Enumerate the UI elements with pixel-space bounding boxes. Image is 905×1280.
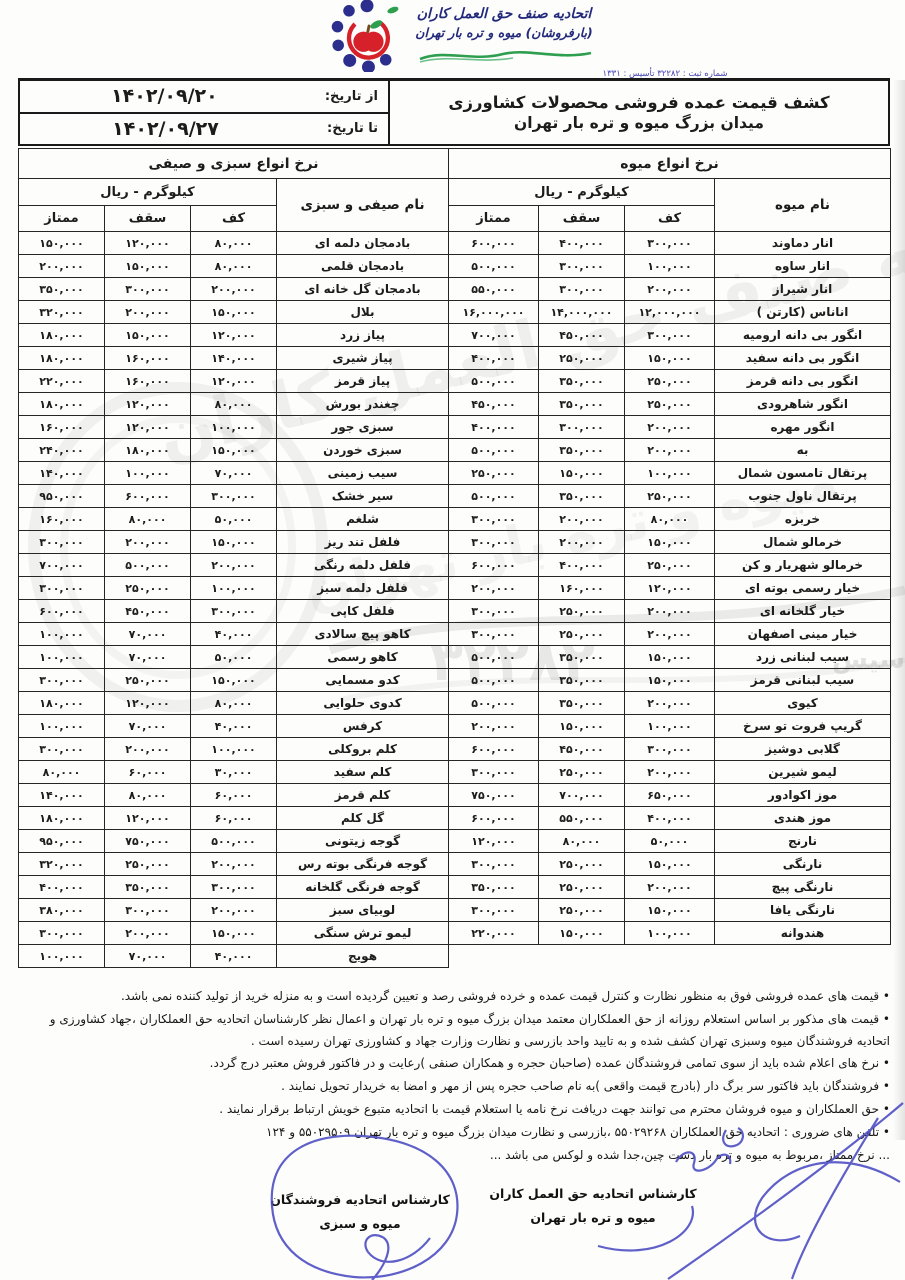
floor-price: ۳۰۰,۰۰۰: [191, 876, 277, 899]
from-date-value: ۱۴۰۲/۰۹/۲۰: [30, 85, 299, 107]
table-row: نارنگی۱۵۰,۰۰۰۲۵۰,۰۰۰۳۰۰,۰۰۰: [449, 853, 891, 876]
premium-price: ۳۰۰,۰۰۰: [19, 669, 105, 692]
table-row: شلغم۵۰,۰۰۰۸۰,۰۰۰۱۶۰,۰۰۰: [19, 508, 449, 531]
premium-price: ۵۰۰,۰۰۰: [449, 255, 539, 278]
table-row: لیمو ترش سنگی۱۵۰,۰۰۰۲۰۰,۰۰۰۳۰۰,۰۰۰: [19, 922, 449, 945]
date-range-box: از تاریخ: ۱۴۰۲/۰۹/۲۰ تا تاریخ: ۱۴۰۲/۰۹/۲…: [20, 81, 388, 144]
table-row: سیر خشک۳۰۰,۰۰۰۶۰۰,۰۰۰۹۵۰,۰۰۰: [19, 485, 449, 508]
item-name: خیار گلخانه ای: [715, 600, 891, 623]
item-name: گوجه زیتونی: [277, 830, 449, 853]
note-line: • تلفن های ضروری : اتحادیه حق العملکاران…: [20, 1122, 890, 1144]
floor-price: ۱۵۰,۰۰۰: [191, 922, 277, 945]
ceiling-price: ۲۰۰,۰۰۰: [105, 531, 191, 554]
premium-price: ۵۰۰,۰۰۰: [449, 692, 539, 715]
table-row: انار ساوه۱۰۰,۰۰۰۳۰۰,۰۰۰۵۰۰,۰۰۰: [449, 255, 891, 278]
table-row: سیب لبنانی زرد۱۵۰,۰۰۰۳۵۰,۰۰۰۵۰۰,۰۰۰: [449, 646, 891, 669]
ceiling-price: ۷۰,۰۰۰: [105, 623, 191, 646]
table-row: بادمجان قلمی۸۰,۰۰۰۱۵۰,۰۰۰۲۰۰,۰۰۰: [19, 255, 449, 278]
ceiling-price: ۱۴,۰۰۰,۰۰۰: [539, 301, 625, 324]
premium-price: ۲۴۰,۰۰۰: [19, 439, 105, 462]
premium-price: ۶۰۰,۰۰۰: [449, 232, 539, 255]
item-name: خرمالو شهریار و کن: [715, 554, 891, 577]
floor-price: ۲۰۰,۰۰۰: [191, 554, 277, 577]
signature-left-title: کارشناس اتحادیه فروشندگان: [245, 1192, 475, 1207]
premium-price: ۴۰۰,۰۰۰: [449, 347, 539, 370]
premium-price: ۴۰۰,۰۰۰: [19, 876, 105, 899]
ceiling-price: ۳۵۰,۰۰۰: [105, 876, 191, 899]
table-row: بادمجان گل خانه ای۲۰۰,۰۰۰۳۰۰,۰۰۰۳۵۰,۰۰۰: [19, 278, 449, 301]
premium-price: ۳۰۰,۰۰۰: [449, 761, 539, 784]
premium-price: ۱۲۰,۰۰۰: [449, 830, 539, 853]
item-name: انگور بی دانه ارومیه: [715, 324, 891, 347]
table-row: فلفل دلمه سبز۱۰۰,۰۰۰۲۵۰,۰۰۰۳۰۰,۰۰۰: [19, 577, 449, 600]
premium-price: ۴۰۰,۰۰۰: [449, 416, 539, 439]
union-name-line1: اتحادیه صنف حق العمل کاران: [404, 6, 604, 22]
fruit-col-floor: کف: [625, 206, 715, 232]
table-row: بلال۱۵۰,۰۰۰۲۰۰,۰۰۰۳۲۰,۰۰۰: [19, 301, 449, 324]
item-name: فلفل تند ریز: [277, 531, 449, 554]
ceiling-price: ۷۰۰,۰۰۰: [539, 784, 625, 807]
floor-price: ۸۰,۰۰۰: [191, 393, 277, 416]
floor-price: ۲۰۰,۰۰۰: [625, 692, 715, 715]
signature-block-left: کارشناس اتحادیه فروشندگان میوه و سبزی: [245, 1192, 475, 1231]
veg-section-title: نرخ انواع سبزی و صیفی: [19, 149, 449, 179]
ceiling-price: ۱۰۰,۰۰۰: [105, 462, 191, 485]
fruit-col-ceiling: سقف: [539, 206, 625, 232]
table-row: گلابی دوشیز۳۰۰,۰۰۰۴۵۰,۰۰۰۶۰۰,۰۰۰: [449, 738, 891, 761]
premium-price: ۳۰۰,۰۰۰: [449, 600, 539, 623]
premium-price: ۲۰۰,۰۰۰: [449, 715, 539, 738]
floor-price: ۱۰۰,۰۰۰: [625, 462, 715, 485]
ceiling-price: ۵۰۰,۰۰۰: [105, 554, 191, 577]
floor-price: ۱۲۰,۰۰۰: [191, 370, 277, 393]
premium-price: ۳۰۰,۰۰۰: [449, 508, 539, 531]
premium-price: ۵۰۰,۰۰۰: [449, 370, 539, 393]
item-name: انگور مهره: [715, 416, 891, 439]
item-name: بلال: [277, 301, 449, 324]
table-row: کلم قرمز۶۰,۰۰۰۸۰,۰۰۰۱۴۰,۰۰۰: [19, 784, 449, 807]
floor-price: ۵۰,۰۰۰: [191, 646, 277, 669]
premium-price: ۳۰۰,۰۰۰: [19, 531, 105, 554]
ceiling-price: ۸۰,۰۰۰: [539, 830, 625, 853]
table-row: کاهو رسمی۵۰,۰۰۰۷۰,۰۰۰۱۰۰,۰۰۰: [19, 646, 449, 669]
item-name: پرتقال تامسون شمال: [715, 462, 891, 485]
union-name-line2: (بارفروشان) میوه و تره بار تهران: [404, 25, 604, 40]
item-name: انگور شاهرودی: [715, 393, 891, 416]
item-name: خیار مینی اصفهان: [715, 623, 891, 646]
floor-price: ۵۰۰,۰۰۰: [191, 830, 277, 853]
table-row: سبزی جور۱۰۰,۰۰۰۱۲۰,۰۰۰۱۶۰,۰۰۰: [19, 416, 449, 439]
fruit-col-premium: ممتاز: [449, 206, 539, 232]
floor-price: ۸۰,۰۰۰: [625, 508, 715, 531]
note-line: • نرخ های اعلام شده باید از سوی تمامی فر…: [20, 1053, 890, 1075]
table-row: پیاز قرمز۱۲۰,۰۰۰۱۶۰,۰۰۰۲۲۰,۰۰۰: [19, 370, 449, 393]
floor-price: ۲۵۰,۰۰۰: [625, 485, 715, 508]
item-name: سیب زمینی: [277, 462, 449, 485]
ceiling-price: ۳۰۰,۰۰۰: [105, 899, 191, 922]
ceiling-price: ۱۵۰,۰۰۰: [105, 324, 191, 347]
floor-price: ۱۵۰,۰۰۰: [191, 301, 277, 324]
floor-price: ۴۰,۰۰۰: [191, 945, 277, 968]
table-row: خرمالو شهریار و کن۲۵۰,۰۰۰۴۰۰,۰۰۰۶۰۰,۰۰۰: [449, 554, 891, 577]
item-name: کاهو رسمی: [277, 646, 449, 669]
table-row: خیار رسمی بوته ای۱۲۰,۰۰۰۱۶۰,۰۰۰۲۰۰,۰۰۰: [449, 577, 891, 600]
table-row: موز اکوادور۶۵۰,۰۰۰۷۰۰,۰۰۰۷۵۰,۰۰۰: [449, 784, 891, 807]
ceiling-price: ۴۰۰,۰۰۰: [539, 554, 625, 577]
item-name: خیار رسمی بوته ای: [715, 577, 891, 600]
fruit-name-header: نام میوه: [715, 179, 891, 232]
premium-price: ۵۰۰,۰۰۰: [449, 485, 539, 508]
premium-price: ۶۰۰,۰۰۰: [449, 554, 539, 577]
item-name: کلم قرمز: [277, 784, 449, 807]
floor-price: ۱۵۰,۰۰۰: [625, 531, 715, 554]
floor-price: ۴۰۰,۰۰۰: [625, 807, 715, 830]
table-row: انار دماوند۳۰۰,۰۰۰۴۰۰,۰۰۰۶۰۰,۰۰۰: [449, 232, 891, 255]
floor-price: ۲۰۰,۰۰۰: [625, 439, 715, 462]
item-name: فلفل دلمه سبز: [277, 577, 449, 600]
item-name: فلفل دلمه رنگی: [277, 554, 449, 577]
floor-price: ۱۵۰,۰۰۰: [191, 669, 277, 692]
scan-edge-shadow: [893, 80, 905, 1140]
ceiling-price: ۲۰۰,۰۰۰: [539, 508, 625, 531]
item-name: سیب لبنانی زرد: [715, 646, 891, 669]
item-name: گریپ فروت تو سرخ: [715, 715, 891, 738]
item-name: گل کلم: [277, 807, 449, 830]
item-name: انار دماوند: [715, 232, 891, 255]
ceiling-price: ۱۶۰,۰۰۰: [539, 577, 625, 600]
floor-price: ۵۰,۰۰۰: [191, 508, 277, 531]
item-name: سیر خشک: [277, 485, 449, 508]
item-name: نارنگی: [715, 853, 891, 876]
table-row: سیب زمینی۷۰,۰۰۰۱۰۰,۰۰۰۱۴۰,۰۰۰: [19, 462, 449, 485]
floor-price: ۳۰۰,۰۰۰: [191, 485, 277, 508]
table-row: اناناس (کارتن )۱۲,۰۰۰,۰۰۰۱۴,۰۰۰,۰۰۰۱۶,۰۰…: [449, 301, 891, 324]
table-row: کاهو پیچ سالادی۴۰,۰۰۰۷۰,۰۰۰۱۰۰,۰۰۰: [19, 623, 449, 646]
union-emblem-icon: [330, 0, 404, 72]
item-name: بادمجان گل خانه ای: [277, 278, 449, 301]
item-name: انگور بی دانه قرمز: [715, 370, 891, 393]
premium-price: ۱۵۰,۰۰۰: [19, 232, 105, 255]
ceiling-price: ۴۵۰,۰۰۰: [539, 324, 625, 347]
table-row: انگور شاهرودی۲۵۰,۰۰۰۳۵۰,۰۰۰۴۵۰,۰۰۰: [449, 393, 891, 416]
ceiling-price: ۲۵۰,۰۰۰: [105, 853, 191, 876]
item-name: پیاز قرمز: [277, 370, 449, 393]
premium-price: ۱۸۰,۰۰۰: [19, 807, 105, 830]
premium-price: ۱۰۰,۰۰۰: [19, 715, 105, 738]
ceiling-price: ۳۵۰,۰۰۰: [539, 485, 625, 508]
ceiling-price: ۷۰,۰۰۰: [105, 715, 191, 738]
ceiling-price: ۲۵۰,۰۰۰: [539, 600, 625, 623]
premium-price: ۶۰۰,۰۰۰: [449, 738, 539, 761]
table-row: گوجه زیتونی۵۰۰,۰۰۰۷۵۰,۰۰۰۹۵۰,۰۰۰: [19, 830, 449, 853]
ceiling-price: ۳۰۰,۰۰۰: [539, 255, 625, 278]
premium-price: ۳۵۰,۰۰۰: [19, 278, 105, 301]
table-row: کیوی۲۰۰,۰۰۰۳۵۰,۰۰۰۵۰۰,۰۰۰: [449, 692, 891, 715]
table-row: هویج۴۰,۰۰۰۷۰,۰۰۰۱۰۰,۰۰۰: [19, 945, 449, 968]
ceiling-price: ۳۵۰,۰۰۰: [539, 393, 625, 416]
premium-price: ۲۰۰,۰۰۰: [449, 577, 539, 600]
item-name: شلغم: [277, 508, 449, 531]
floor-price: ۱۵۰,۰۰۰: [625, 646, 715, 669]
premium-price: ۳۰۰,۰۰۰: [19, 577, 105, 600]
note-line: • قیمت های عمده فروشی فوق به منظور نظارت…: [20, 986, 890, 1008]
footnotes: • قیمت های عمده فروشی فوق به منظور نظارت…: [20, 986, 890, 1168]
ceiling-price: ۶۰,۰۰۰: [105, 761, 191, 784]
ceiling-price: ۸۰,۰۰۰: [105, 508, 191, 531]
premium-price: ۱۰۰,۰۰۰: [19, 623, 105, 646]
ceiling-price: ۳۵۰,۰۰۰: [539, 370, 625, 393]
premium-price: ۵۰۰,۰۰۰: [449, 646, 539, 669]
ceiling-price: ۱۵۰,۰۰۰: [539, 922, 625, 945]
item-name: هندوانه: [715, 922, 891, 945]
table-row: گوجه فرنگی گلخانه۳۰۰,۰۰۰۳۵۰,۰۰۰۴۰۰,۰۰۰: [19, 876, 449, 899]
table-row: گل کلم۶۰,۰۰۰۱۲۰,۰۰۰۱۸۰,۰۰۰: [19, 807, 449, 830]
ceiling-price: ۲۵۰,۰۰۰: [105, 577, 191, 600]
item-name: پیاز شیری: [277, 347, 449, 370]
floor-price: ۲۰۰,۰۰۰: [625, 278, 715, 301]
ceiling-price: ۳۰۰,۰۰۰: [105, 278, 191, 301]
premium-price: ۴۵۰,۰۰۰: [449, 393, 539, 416]
premium-price: ۱۴۰,۰۰۰: [19, 784, 105, 807]
item-name: گوجه فرنگی بوته رس: [277, 853, 449, 876]
premium-price: ۱۶۰,۰۰۰: [19, 508, 105, 531]
item-name: لیمو شیرین: [715, 761, 891, 784]
floor-price: ۶۵۰,۰۰۰: [625, 784, 715, 807]
premium-price: ۲۵۰,۰۰۰: [449, 462, 539, 485]
item-name: انگور بی دانه سفید: [715, 347, 891, 370]
ceiling-price: ۲۵۰,۰۰۰: [539, 623, 625, 646]
document-title: کشف قیمت عمده فروشی محصولات کشاورزی میدا…: [388, 81, 888, 144]
floor-price: ۳۰,۰۰۰: [191, 761, 277, 784]
ceiling-price: ۱۲۰,۰۰۰: [105, 416, 191, 439]
ceiling-price: ۳۵۰,۰۰۰: [539, 646, 625, 669]
item-name: سیب لبنانی قرمز: [715, 669, 891, 692]
floor-price: ۲۵۰,۰۰۰: [625, 393, 715, 416]
floor-price: ۲۰۰,۰۰۰: [625, 876, 715, 899]
fruit-price-table: نرخ انواع میوه نام میوه کیلوگرم - ریال ک…: [448, 148, 891, 945]
ceiling-price: ۲۰۰,۰۰۰: [539, 531, 625, 554]
table-row: سیب لبنانی قرمز۱۵۰,۰۰۰۳۵۰,۰۰۰۵۰۰,۰۰۰: [449, 669, 891, 692]
floor-price: ۷۰,۰۰۰: [191, 462, 277, 485]
premium-price: ۳۰۰,۰۰۰: [449, 853, 539, 876]
premium-price: ۳۰۰,۰۰۰: [449, 899, 539, 922]
table-row: پرتقال تامسون شمال۱۰۰,۰۰۰۱۵۰,۰۰۰۲۵۰,۰۰۰: [449, 462, 891, 485]
premium-price: ۳۵۰,۰۰۰: [449, 876, 539, 899]
floor-price: ۱۵۰,۰۰۰: [625, 669, 715, 692]
ceiling-price: ۲۵۰,۰۰۰: [539, 853, 625, 876]
item-name: موز هندی: [715, 807, 891, 830]
note-line: • حق العملکاران و میوه فروشان محترم می ت…: [20, 1099, 890, 1121]
premium-price: ۷۰۰,۰۰۰: [449, 324, 539, 347]
premium-price: ۱۸۰,۰۰۰: [19, 347, 105, 370]
fruit-section-title: نرخ انواع میوه: [449, 149, 891, 179]
floor-price: ۲۰۰,۰۰۰: [191, 853, 277, 876]
item-name: سبزی خوردن: [277, 439, 449, 462]
floor-price: ۳۰۰,۰۰۰: [625, 324, 715, 347]
ceiling-price: ۲۵۰,۰۰۰: [539, 761, 625, 784]
table-row: انگور بی دانه قرمز۲۵۰,۰۰۰۳۵۰,۰۰۰۵۰۰,۰۰۰: [449, 370, 891, 393]
premium-price: ۹۵۰,۰۰۰: [19, 485, 105, 508]
ceiling-price: ۱۲۰,۰۰۰: [105, 692, 191, 715]
table-row: نارنج۵۰,۰۰۰۸۰,۰۰۰۱۲۰,۰۰۰: [449, 830, 891, 853]
scanned-price-list-document: اتحادیه صنف حق العمل کاران میوه و تره با…: [0, 0, 905, 1280]
floor-price: ۲۰۰,۰۰۰: [625, 623, 715, 646]
item-name: چغندر بورش: [277, 393, 449, 416]
ceiling-price: ۲۵۰,۰۰۰: [105, 669, 191, 692]
item-name: کلم بروکلی: [277, 738, 449, 761]
item-name: بادمجان قلمی: [277, 255, 449, 278]
title-line-1: کشف قیمت عمده فروشی محصولات کشاورزی: [448, 93, 829, 112]
to-date-row: تا تاریخ: ۱۴۰۲/۰۹/۲۷: [20, 114, 388, 145]
ceiling-price: ۵۵۰,۰۰۰: [539, 807, 625, 830]
note-line: • فروشندگان باید فاکتور سر برگ دار (بادر…: [20, 1076, 890, 1098]
table-row: خربزه۸۰,۰۰۰۲۰۰,۰۰۰۳۰۰,۰۰۰: [449, 508, 891, 531]
ceiling-price: ۲۵۰,۰۰۰: [539, 876, 625, 899]
table-row: پرتقال ناول جنوب۲۵۰,۰۰۰۳۵۰,۰۰۰۵۰۰,۰۰۰: [449, 485, 891, 508]
premium-price: ۱۸۰,۰۰۰: [19, 692, 105, 715]
signature-right-title: کارشناس اتحادیه حق العمل کاران: [468, 1186, 718, 1201]
table-row: لوبیای سبز۲۰۰,۰۰۰۳۰۰,۰۰۰۳۸۰,۰۰۰: [19, 899, 449, 922]
veg-unit-header: کیلوگرم - ریال: [19, 179, 277, 206]
ceiling-price: ۱۶۰,۰۰۰: [105, 347, 191, 370]
premium-price: ۱۴۰,۰۰۰: [19, 462, 105, 485]
floor-price: ۸۰,۰۰۰: [191, 692, 277, 715]
item-name: فلفل کاپی: [277, 600, 449, 623]
item-name: خرمالو شمال: [715, 531, 891, 554]
note-line: ... نرخ ممتاز ،مربوط به میوه و تره بار د…: [20, 1145, 890, 1167]
item-name: بادمجان دلمه ای: [277, 232, 449, 255]
premium-price: ۳۰۰,۰۰۰: [19, 738, 105, 761]
item-name: موز اکوادور: [715, 784, 891, 807]
item-name: گوجه فرنگی گلخانه: [277, 876, 449, 899]
floor-price: ۱۲۰,۰۰۰: [191, 324, 277, 347]
premium-price: ۵۰۰,۰۰۰: [449, 669, 539, 692]
table-row: انگور بی دانه سفید۱۵۰,۰۰۰۲۵۰,۰۰۰۴۰۰,۰۰۰: [449, 347, 891, 370]
floor-price: ۲۰۰,۰۰۰: [191, 899, 277, 922]
premium-price: ۱۰۰,۰۰۰: [19, 646, 105, 669]
premium-price: ۳۲۰,۰۰۰: [19, 853, 105, 876]
ceiling-price: ۲۵۰,۰۰۰: [539, 347, 625, 370]
floor-price: ۱۲,۰۰۰,۰۰۰: [625, 301, 715, 324]
item-name: نارنگی پیچ: [715, 876, 891, 899]
table-row: خیار مینی اصفهان۲۰۰,۰۰۰۲۵۰,۰۰۰۳۰۰,۰۰۰: [449, 623, 891, 646]
ceiling-price: ۲۰۰,۰۰۰: [105, 738, 191, 761]
table-row: انگور بی دانه ارومیه۳۰۰,۰۰۰۴۵۰,۰۰۰۷۰۰,۰۰…: [449, 324, 891, 347]
table-row: کدوی حلوایی۸۰,۰۰۰۱۲۰,۰۰۰۱۸۰,۰۰۰: [19, 692, 449, 715]
item-name: لیمو ترش سنگی: [277, 922, 449, 945]
signature-block-right: کارشناس اتحادیه حق العمل کاران میوه و تر…: [468, 1186, 718, 1225]
item-name: پیاز زرد: [277, 324, 449, 347]
premium-price: ۷۵۰,۰۰۰: [449, 784, 539, 807]
floor-price: ۱۵۰,۰۰۰: [191, 439, 277, 462]
floor-price: ۱۵۰,۰۰۰: [191, 531, 277, 554]
premium-price: ۶۰۰,۰۰۰: [19, 600, 105, 623]
floor-price: ۶۰,۰۰۰: [191, 807, 277, 830]
table-row: فلفل کاپی۳۰۰,۰۰۰۴۵۰,۰۰۰۶۰۰,۰۰۰: [19, 600, 449, 623]
premium-price: ۳۸۰,۰۰۰: [19, 899, 105, 922]
title-line-2: میدان بزرگ میوه و تره بار تهران: [514, 114, 764, 132]
table-row: بادمجان دلمه ای۸۰,۰۰۰۱۲۰,۰۰۰۱۵۰,۰۰۰: [19, 232, 449, 255]
ceiling-price: ۸۰,۰۰۰: [105, 784, 191, 807]
ceiling-price: ۱۵۰,۰۰۰: [539, 715, 625, 738]
ceiling-price: ۱۶۰,۰۰۰: [105, 370, 191, 393]
table-row: کرفس۴۰,۰۰۰۷۰,۰۰۰۱۰۰,۰۰۰: [19, 715, 449, 738]
table-row: گریپ فروت تو سرخ۱۰۰,۰۰۰۱۵۰,۰۰۰۲۰۰,۰۰۰: [449, 715, 891, 738]
ceiling-price: ۳۵۰,۰۰۰: [539, 439, 625, 462]
item-name: انار ساوه: [715, 255, 891, 278]
table-row: نارنگی یافا۱۵۰,۰۰۰۲۵۰,۰۰۰۳۰۰,۰۰۰: [449, 899, 891, 922]
floor-price: ۱۲۰,۰۰۰: [625, 577, 715, 600]
premium-price: ۳۰۰,۰۰۰: [449, 531, 539, 554]
table-row: کلم بروکلی۱۰۰,۰۰۰۲۰۰,۰۰۰۳۰۰,۰۰۰: [19, 738, 449, 761]
table-row: انگور مهره۲۰۰,۰۰۰۳۰۰,۰۰۰۴۰۰,۰۰۰: [449, 416, 891, 439]
table-row: به۲۰۰,۰۰۰۳۵۰,۰۰۰۵۰۰,۰۰۰: [449, 439, 891, 462]
note-line: • قیمت های مذکور بر اساس استعلام روزانه …: [20, 1009, 890, 1053]
to-date-value: ۱۴۰۲/۰۹/۲۷: [30, 118, 301, 140]
floor-price: ۳۰۰,۰۰۰: [625, 232, 715, 255]
premium-price: ۷۰۰,۰۰۰: [19, 554, 105, 577]
veg-name-header: نام صیفی و سبزی: [277, 179, 449, 232]
table-row: انار شیراز۲۰۰,۰۰۰۳۰۰,۰۰۰۵۵۰,۰۰۰: [449, 278, 891, 301]
ceiling-price: ۴۵۰,۰۰۰: [539, 738, 625, 761]
table-row: لیمو شیرین۲۰۰,۰۰۰۲۵۰,۰۰۰۳۰۰,۰۰۰: [449, 761, 891, 784]
premium-price: ۱۶,۰۰۰,۰۰۰: [449, 301, 539, 324]
premium-price: ۳۲۰,۰۰۰: [19, 301, 105, 324]
table-row: پیاز شیری۱۴۰,۰۰۰۱۶۰,۰۰۰۱۸۰,۰۰۰: [19, 347, 449, 370]
item-name: کلم سفید: [277, 761, 449, 784]
item-name: کاهو پیچ سالادی: [277, 623, 449, 646]
veg-col-premium: ممتاز: [19, 206, 105, 232]
table-row: کلم سفید۳۰,۰۰۰۶۰,۰۰۰۸۰,۰۰۰: [19, 761, 449, 784]
premium-price: ۵۰۰,۰۰۰: [449, 439, 539, 462]
item-name: اناناس (کارتن ): [715, 301, 891, 324]
vegetable-price-table: نرخ انواع سبزی و صیفی نام صیفی و سبزی کی…: [18, 148, 449, 968]
premium-price: ۲۰۰,۰۰۰: [19, 255, 105, 278]
table-row: هندوانه۱۰۰,۰۰۰۱۵۰,۰۰۰۲۲۰,۰۰۰: [449, 922, 891, 945]
floor-price: ۲۰۰,۰۰۰: [625, 761, 715, 784]
item-name: سبزی جور: [277, 416, 449, 439]
signature-left-subtitle: میوه و سبزی: [245, 1216, 475, 1231]
ceiling-price: ۱۵۰,۰۰۰: [539, 462, 625, 485]
document-header: کشف قیمت عمده فروشی محصولات کشاورزی میدا…: [18, 78, 890, 146]
ceiling-price: ۷۰,۰۰۰: [105, 945, 191, 968]
floor-price: ۱۵۰,۰۰۰: [625, 853, 715, 876]
item-name: هویج: [277, 945, 449, 968]
table-row: خرمالو شمال۱۵۰,۰۰۰۲۰۰,۰۰۰۳۰۰,۰۰۰: [449, 531, 891, 554]
floor-price: ۱۰۰,۰۰۰: [191, 738, 277, 761]
floor-price: ۲۰۰,۰۰۰: [191, 278, 277, 301]
ceiling-price: ۳۰۰,۰۰۰: [539, 278, 625, 301]
union-name: اتحادیه صنف حق العمل کاران (بارفروشان) م…: [404, 6, 604, 40]
from-date-label: از تاریخ:: [325, 89, 378, 104]
veg-col-floor: کف: [191, 206, 277, 232]
item-name: نارنگی یافا: [715, 899, 891, 922]
floor-price: ۱۰۰,۰۰۰: [191, 577, 277, 600]
table-row: چغندر بورش۸۰,۰۰۰۱۲۰,۰۰۰۱۸۰,۰۰۰: [19, 393, 449, 416]
ceiling-price: ۶۰۰,۰۰۰: [105, 485, 191, 508]
item-name: به: [715, 439, 891, 462]
ceiling-price: ۱۲۰,۰۰۰: [105, 393, 191, 416]
floor-price: ۴۰,۰۰۰: [191, 715, 277, 738]
premium-price: ۳۰۰,۰۰۰: [449, 623, 539, 646]
table-row: خیار گلخانه ای۲۰۰,۰۰۰۲۵۰,۰۰۰۳۰۰,۰۰۰: [449, 600, 891, 623]
premium-price: ۵۵۰,۰۰۰: [449, 278, 539, 301]
floor-price: ۱۵۰,۰۰۰: [625, 347, 715, 370]
floor-price: ۲۰۰,۰۰۰: [625, 416, 715, 439]
floor-price: ۴۰,۰۰۰: [191, 623, 277, 646]
ceiling-price: ۷۵۰,۰۰۰: [105, 830, 191, 853]
floor-price: ۸۰,۰۰۰: [191, 255, 277, 278]
